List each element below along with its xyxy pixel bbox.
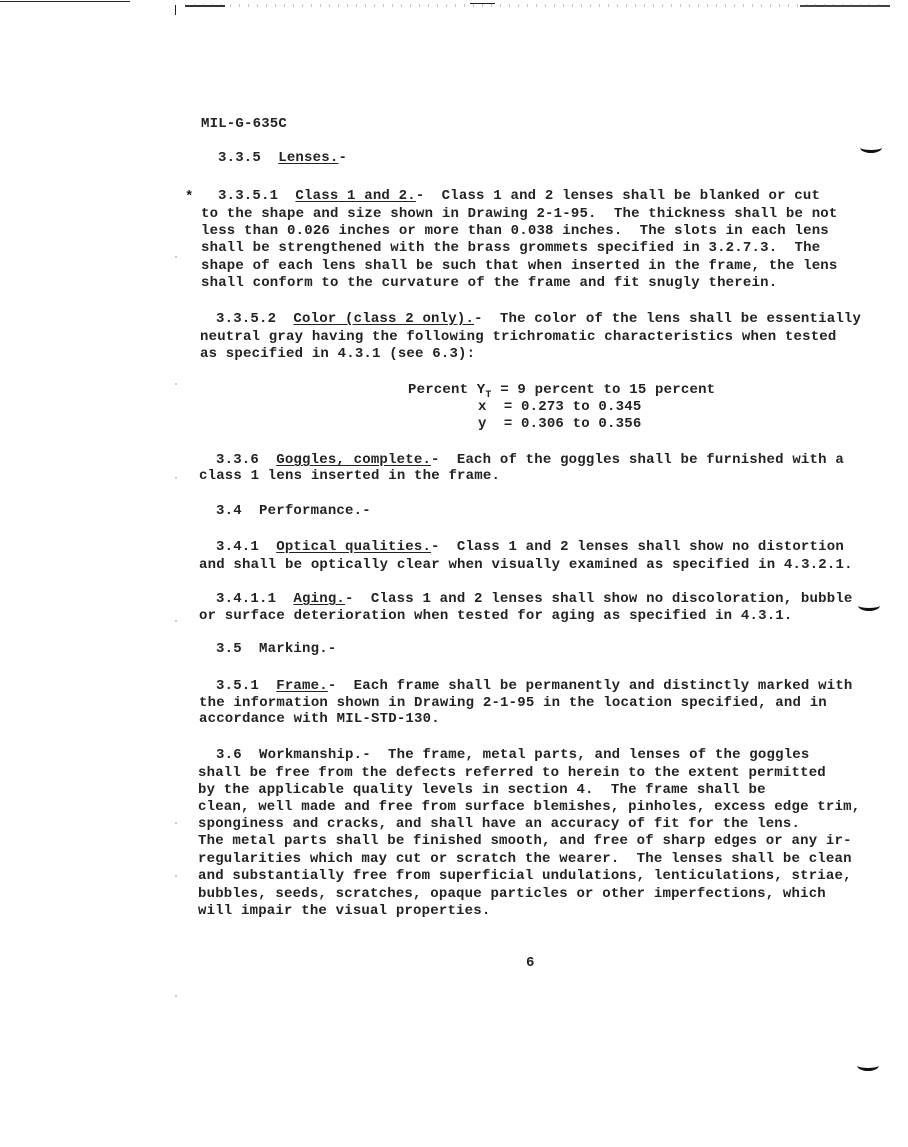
paragraph-line: will impair the visual properties.	[198, 903, 490, 920]
paragraph-line: to the shape and size shown in Drawing 2…	[201, 206, 838, 223]
formula-line-y: y = 0.306 to 0.356	[478, 416, 641, 433]
section-heading-3-4: 3.4 Performance.-	[216, 503, 371, 520]
scan-speck	[175, 477, 177, 479]
paragraph-line: accordance with MIL-STD-130.	[199, 711, 440, 728]
section-3-3-5-2-line-1: 3.3.5.2 Color (class 2 only).- The color…	[216, 311, 861, 328]
scan-speck	[175, 995, 177, 997]
section-3-4-1-1-line-1: 3.4.1.1 Aging.- Class 1 and 2 lenses sha…	[216, 591, 853, 608]
paragraph-line: shall conform to the curvature of the fr…	[201, 275, 777, 292]
section-heading-3-5: 3.5 Marking.-	[216, 641, 336, 658]
paragraph-line: shape of each lens shall be such that wh…	[201, 258, 838, 275]
paragraph-line: shall be strengthened with the brass gro…	[201, 240, 820, 257]
scan-mark-icon	[857, 1060, 879, 1071]
section-heading-3-3-5: 3.3.5 Lenses.-	[218, 150, 347, 167]
scan-mark-icon	[858, 600, 880, 611]
section-3-3-5-1-line-1: 3.3.5.1 Class 1 and 2.- Class 1 and 2 le…	[218, 188, 820, 205]
paragraph-line: less than 0.026 inches or more than 0.03…	[201, 223, 829, 240]
scan-speck	[175, 875, 177, 877]
paragraph-line: regularities which may cut or scratch th…	[198, 851, 852, 868]
scan-speck	[175, 383, 177, 385]
paragraph-line: and shall be optically clear when visual…	[199, 557, 853, 574]
paragraph-line: clean, well made and free from surface b…	[198, 799, 860, 816]
paragraph-line: class 1 lens inserted in the frame.	[199, 468, 500, 485]
section-3-6-line-1: 3.6 Workmanship.- The frame, metal parts…	[216, 747, 810, 764]
paragraph-line: The metal parts shall be finished smooth…	[198, 833, 852, 850]
page-number: 6	[526, 955, 535, 972]
paragraph-line: shall be free from the defects referred …	[198, 765, 826, 782]
section-3-4-1-line-1: 3.4.1 Optical qualities.- Class 1 and 2 …	[216, 539, 844, 556]
paragraph-line: by the applicable quality levels in sect…	[198, 782, 766, 799]
document-id: MIL-G-635C	[201, 116, 287, 133]
scan-speck	[175, 620, 177, 622]
change-marker: *	[185, 189, 193, 205]
scan-speck	[175, 256, 177, 258]
paragraph-line: and substantially free from superficial …	[198, 868, 852, 885]
paragraph-line: the information shown in Drawing 2-1-95 …	[199, 695, 827, 712]
formula-line-x: x = 0.273 to 0.345	[478, 399, 641, 416]
paragraph-line: as specified in 4.3.1 (see 6.3):	[200, 346, 475, 363]
paragraph-line: neutral gray having the following trichr…	[200, 329, 837, 346]
section-3-3-6-line-1: 3.3.6 Goggles, complete.- Each of the go…	[216, 452, 844, 469]
paragraph-line: bubbles, seeds, scratches, opaque partic…	[198, 886, 826, 903]
paragraph-line: sponginess and cracks, and shall have an…	[198, 816, 800, 833]
document-page: MIL-G-635C 3.3.5 Lenses.- * 3.3.5.1 Clas…	[0, 0, 908, 1147]
scan-mark-icon	[860, 142, 882, 153]
section-3-5-1-line-1: 3.5.1 Frame.- Each frame shall be perman…	[216, 678, 853, 695]
scan-artifact-top	[0, 0, 908, 14]
paragraph-line: or surface deterioration when tested for…	[199, 608, 793, 625]
scan-speck	[175, 822, 177, 824]
